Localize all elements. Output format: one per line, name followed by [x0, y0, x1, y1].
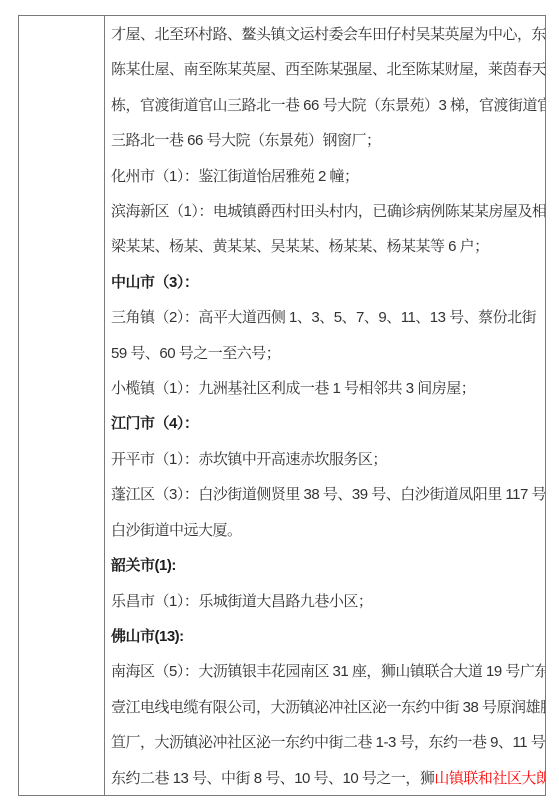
body-text: 栋，官渡街道官山三路北一巷 66 号大院（东景苑）3 梯，官渡街道官山 [111, 97, 545, 114]
risk-area-table: 才屋、北至环村路、鳌头镇文运村委会车田仔村吴某英屋为中心，东至陈某仕屋、南至陈某… [18, 15, 546, 796]
body-text: 中山市（3）： [111, 274, 198, 291]
text-line: 开平市（1）：赤坎镇中开高速赤坎服务区； [111, 442, 541, 477]
body-text: 白沙街道中远大厦。 [111, 522, 242, 539]
body-text: 59 号、60 号之一至六号； [111, 345, 280, 362]
body-text: 滨海新区（1）：电城镇爵西村田头村内，已确诊病例陈某某房屋及相邻 [111, 203, 545, 220]
body-text: 乐昌市（1）：乐城街道大昌路九巷小区； [111, 593, 372, 610]
text-line: 栋，官渡街道官山三路北一巷 66 号大院（东景苑）3 梯，官渡街道官山 [111, 88, 541, 123]
body-text: 蓬江区（3）：白沙街道侧贤里 38 号、39 号、白沙街道凤阳里 117 号、 [111, 486, 545, 503]
text-line: 南海区（5）：大沥镇银丰花园南区 31 座，狮山镇联合大道 19 号广东 [111, 654, 541, 689]
text-line: 乐昌市（1）：乐城街道大昌路九巷小区； [111, 584, 541, 619]
text-line: 陈某仕屋、南至陈某英屋、西至陈某强屋、北至陈某财屋，莱茵春天 5 [111, 52, 541, 87]
cell-content-lines: 才屋、北至环村路、鳌头镇文运村委会车田仔村吴某英屋为中心，东至陈某仕屋、南至陈某… [111, 17, 541, 795]
body-text: 才屋、北至环村路、鳌头镇文运村委会车田仔村吴某英屋为中心，东至 [111, 26, 545, 43]
text-line: 笪厂，大沥镇泌冲社区泌一东约中街二巷 1-3 号，东约一巷 9、11 号、 [111, 725, 541, 760]
table-cell-left-empty [19, 16, 105, 795]
body-text: 化州市（1）：鉴江街道怡居雅苑 2 幢； [111, 168, 359, 185]
body-text: 江门市（4）： [111, 415, 198, 432]
city-heading-line: 佛山市(13): [111, 619, 541, 654]
text-line: 蓬江区（3）：白沙街道侧贤里 38 号、39 号、白沙街道凤阳里 117 号、 [111, 477, 541, 512]
body-text: 南海区（5）：大沥镇银丰花园南区 31 座，狮山镇联合大道 19 号广东 [111, 663, 545, 680]
body-text: 壹江电线电缆有限公司，大沥镇泌冲社区泌一东约中街 38 号原润雄滕 [111, 699, 545, 716]
table-cell-content: 才屋、北至环村路、鳌头镇文运村委会车田仔村吴某英屋为中心，东至陈某仕屋、南至陈某… [105, 16, 545, 795]
body-text: 三角镇（2）：高平大道西侧 1、3、5、7、9、11、13 号、蔡份北街 [111, 309, 536, 326]
text-line: 三角镇（2）：高平大道西侧 1、3、5、7、9、11、13 号、蔡份北街 [111, 300, 541, 335]
text-line: 白沙街道中远大厦。 [111, 513, 541, 548]
body-text: 笪厂，大沥镇泌冲社区泌一东约中街二巷 1-3 号，东约一巷 9、11 号、 [111, 734, 545, 751]
body-text: 陈某仕屋、南至陈某英屋、西至陈某强屋、北至陈某财屋，莱茵春天 5 [111, 61, 545, 78]
highlighted-text: 山镇联和社区大朗经 [434, 770, 545, 787]
city-heading-line: 中山市（3）： [111, 265, 541, 300]
text-line: 化州市（1）：鉴江街道怡居雅苑 2 幢； [111, 159, 541, 194]
text-line: 梁某某、杨某、黄某某、吴某某、杨某某、杨某某等 6 户； [111, 229, 541, 264]
text-line: 三路北一巷 66 号大院（东景苑）钢窗厂； [111, 123, 541, 158]
city-heading-line: 江门市（4）： [111, 406, 541, 441]
text-line: 东约二巷 13 号、中街 8 号、10 号、10 号之一，狮山镇联和社区大朗经 [111, 761, 541, 795]
body-text: 佛山市(13): [111, 628, 184, 645]
text-line: 小榄镇（1）：九洲基社区利成一巷 1 号相邻共 3 间房屋； [111, 371, 541, 406]
document-page: 才屋、北至环村路、鳌头镇文运村委会车田仔村吴某英屋为中心，东至陈某仕屋、南至陈某… [0, 0, 559, 808]
body-text: 韶关市(1): [111, 557, 176, 574]
text-line: 滨海新区（1）：电城镇爵西村田头村内，已确诊病例陈某某房屋及相邻 [111, 194, 541, 229]
text-line: 59 号、60 号之一至六号； [111, 336, 541, 371]
body-text: 小榄镇（1）：九洲基社区利成一巷 1 号相邻共 3 间房屋； [111, 380, 475, 397]
body-text: 东约二巷 13 号、中街 8 号、10 号、10 号之一，狮 [111, 770, 434, 787]
body-text: 开平市（1）：赤坎镇中开高速赤坎服务区； [111, 451, 387, 468]
text-line: 才屋、北至环村路、鳌头镇文运村委会车田仔村吴某英屋为中心，东至 [111, 17, 541, 52]
city-heading-line: 韶关市(1): [111, 548, 541, 583]
body-text: 三路北一巷 66 号大院（东景苑）钢窗厂； [111, 132, 381, 149]
body-text: 梁某某、杨某、黄某某、吴某某、杨某某、杨某某等 6 户； [111, 238, 489, 255]
text-line: 壹江电线电缆有限公司，大沥镇泌冲社区泌一东约中街 38 号原润雄滕 [111, 690, 541, 725]
